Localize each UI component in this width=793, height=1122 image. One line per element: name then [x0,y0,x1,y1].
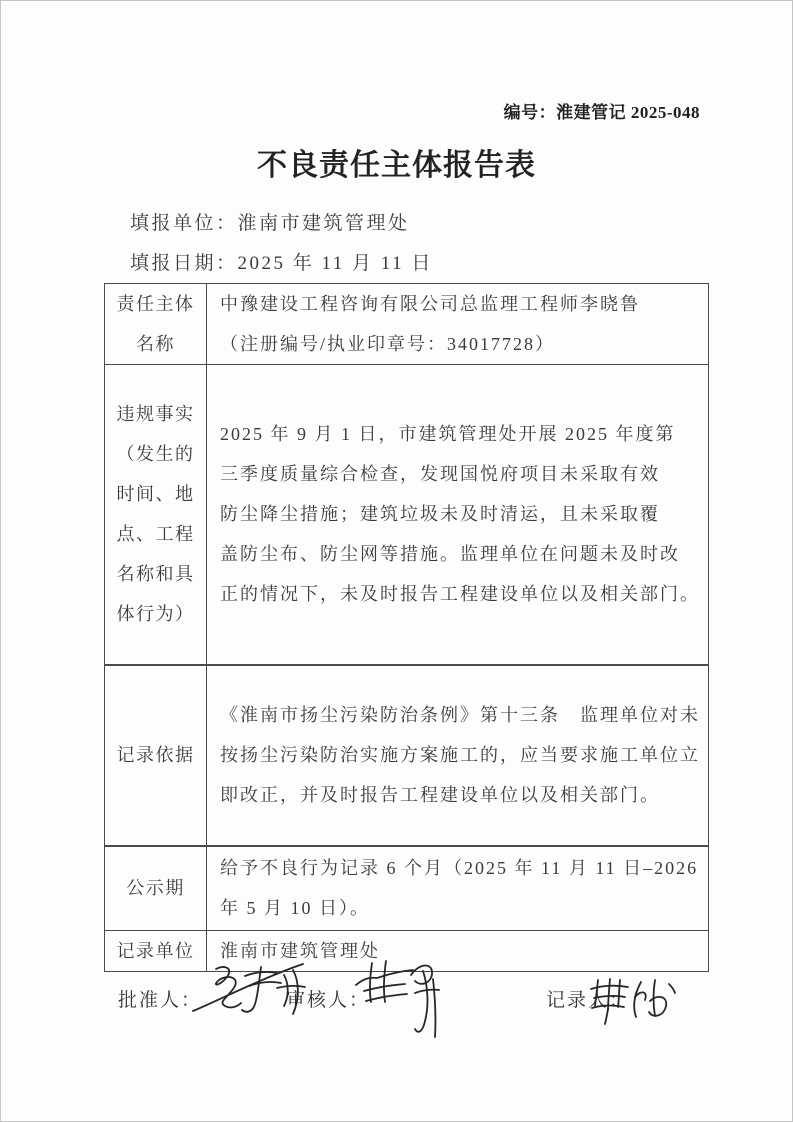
document-page: 编号：淮建管记 2025-048 不良责任主体报告表 填报单位：淮南市建筑管理处… [0,0,793,1122]
recorder-signature [587,975,679,1025]
row-record-basis: 记录依据 《淮南市扬尘污染防治条例》第十三条 监理单位对未 按扬尘污染防治实施方… [105,665,709,846]
violation-facts-label: 违规事实 （发生的 时间、地 点、工程 名称和具 体行为） [105,365,207,665]
fill-unit-line: 填报单位：淮南市建筑管理处 [130,208,410,235]
record-basis-value: 《淮南市扬尘污染防治条例》第十三条 监理单位对未 按扬尘污染防治实施方案施工的，… [207,665,709,846]
violation-facts-value: 2025 年 9 月 1 日，市建筑管理处开展 2025 年度第 三季度质量综合… [207,365,709,665]
responsible-entity-value: 中豫建设工程咨询有限公司总监理工程师李晓鲁 （注册编号/执业印章号：340177… [207,284,709,365]
publicity-period-value: 给予不良行为记录 6 个月（2025 年 11 月 11 日–2026 年 5 … [207,846,709,931]
report-table: 责任主体 名称 中豫建设工程咨询有限公司总监理工程师李晓鲁 （注册编号/执业印章… [104,283,709,972]
responsible-entity-label: 责任主体 名称 [105,284,207,365]
row-violation-facts: 违规事实 （发生的 时间、地 点、工程 名称和具 体行为） 2025 年 9 月… [105,365,709,665]
record-basis-label: 记录依据 [105,665,207,846]
doc-number: 编号：淮建管记 2025-048 [504,98,700,123]
row-publicity-period: 公示期 给予不良行为记录 6 个月（2025 年 11 月 11 日–2026 … [105,846,709,931]
fill-date-line: 填报日期：2025 年 11 月 11 日 [130,248,433,275]
approver-signature [189,957,311,1023]
row-responsible-entity: 责任主体 名称 中豫建设工程咨询有限公司总监理工程师李晓鲁 （注册编号/执业印章… [105,284,709,365]
reviewer-signature [353,951,451,1039]
page-title: 不良责任主体报告表 [1,140,792,184]
publicity-period-label: 公示期 [105,846,207,931]
